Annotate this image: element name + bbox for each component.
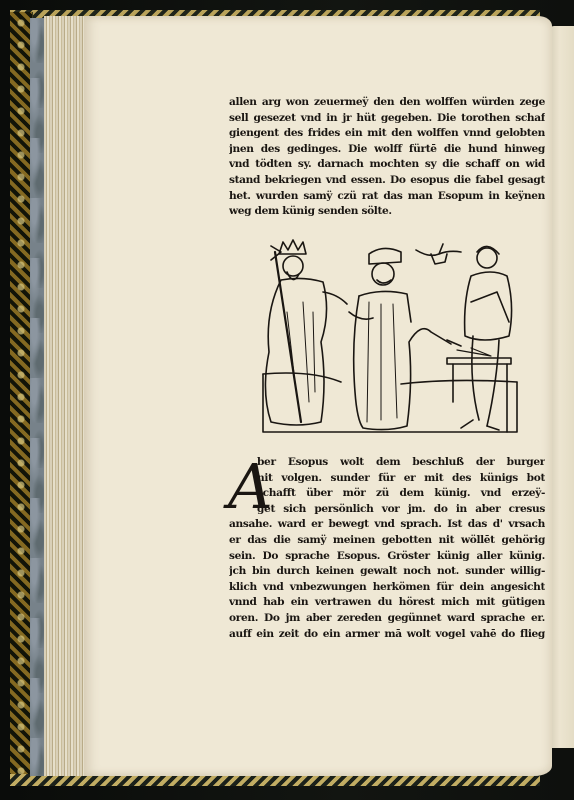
aesop-figure (349, 248, 461, 429)
text-line: klich vnd vnbezwungen herkömen für dein … (229, 580, 545, 596)
text-line: stand bekriegen vnd essen. Do esopus die… (229, 173, 545, 189)
top-text-block: allen arg won zeuermeÿ den den wolffen w… (229, 95, 545, 220)
text-line: giengent des frides ein mit den wolffen … (229, 126, 545, 142)
text-line: weg dem künig senden sölte. (229, 204, 545, 220)
text-line: get sich persönlich vor jm. do in aber c… (229, 502, 545, 518)
text-line: nit volgen. sunder für er mit des künigs… (229, 471, 545, 487)
text-line: ansahe. ward er bewegt vnd sprach. Ist d… (229, 517, 545, 533)
text-line: het. wurden samÿ czü rat das man Esopum … (229, 189, 545, 205)
text-line: vnd tödten sy. darnach mochten sy die sc… (229, 157, 545, 173)
text-line: auff ein zeit do ein armer mā wolt vogel… (229, 627, 545, 643)
text-line: er das die samÿ meinen gebotten nit wöll… (229, 533, 545, 549)
text-line: schafft über mör zü dem künig. vnd erzeÿ… (229, 486, 545, 502)
text-line: oren. Do jm aber zereden gegünnet ward s… (229, 611, 545, 627)
man-figure (461, 246, 512, 430)
text-line: allen arg won zeuermeÿ den den wolffen w… (229, 95, 545, 111)
adjacent-page-edge (550, 26, 574, 748)
woodcut-illustration (251, 232, 521, 437)
bottom-text-block: ber Esopus wolt dem beschluß der burger … (229, 455, 545, 642)
text-line: jnen des gedinges. Die wolff fürtē die h… (229, 142, 545, 158)
marbled-endpaper (30, 18, 44, 776)
text-line: vnnd hab ein vertrawen du hörest mich mi… (229, 595, 545, 611)
page-edges-stack (44, 16, 84, 776)
king-figure (265, 240, 347, 425)
text-line: sein. Do sprache Esopus. Gröster künig a… (229, 549, 545, 565)
bird-icon (416, 244, 461, 264)
text-line: ber Esopus wolt dem beschluß der burger (229, 455, 545, 471)
text-line: jch bin durch keinen gewalt noch not. su… (229, 564, 545, 580)
text-line: sell gesezet vnd in jr hüt gegeben. Die … (229, 111, 545, 127)
